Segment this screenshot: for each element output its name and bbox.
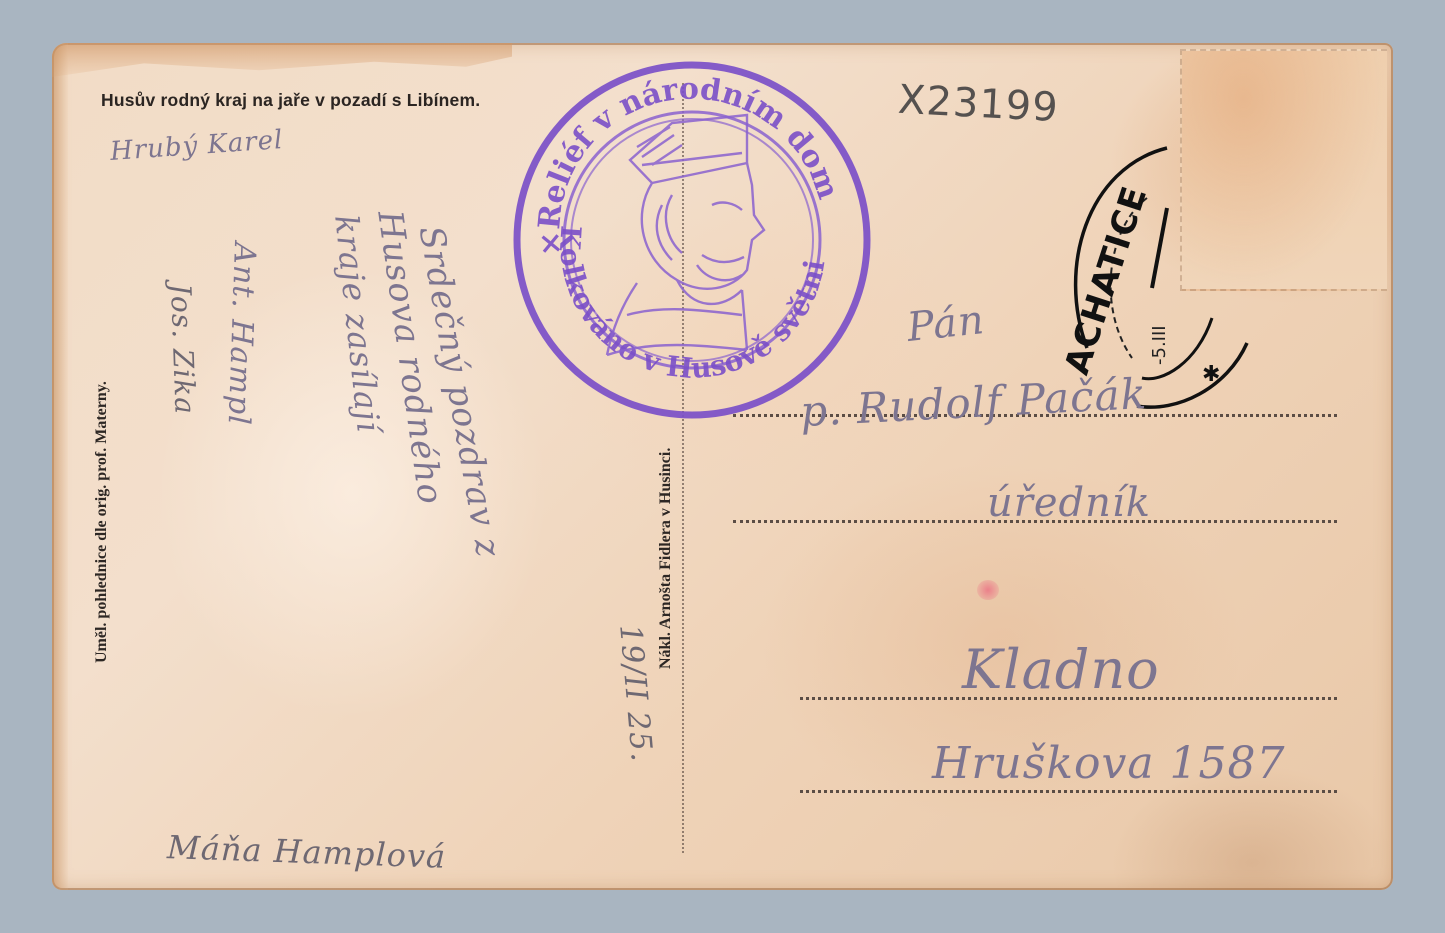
catalog-number: X23199: [897, 77, 1060, 131]
portrait-jan-hus-icon: [607, 115, 764, 355]
signature-4: Jos. Zika: [164, 283, 202, 415]
artist-credit: Uměl. pohlednice dle orig. prof. Materny…: [93, 381, 111, 663]
commemorative-seal: ×Reliéf v národním domku Kolkováno v Hus…: [502, 65, 882, 415]
address-occupation: úředník: [987, 480, 1151, 526]
worn-edge-left: [52, 43, 68, 890]
signature-2: Ant. Hampl: [221, 242, 262, 427]
message-date: 19/II 25.: [612, 623, 659, 764]
signature-3: Hrubý Karel: [109, 125, 284, 167]
asterisk-icon: ✱: [1202, 361, 1220, 387]
worn-edge-top: [52, 43, 512, 77]
publisher-credit: Nákl. Arnošta Fidlera v Husinci.: [657, 448, 675, 669]
postmark-date: -5.III: [1149, 325, 1170, 365]
address-city: Kladno: [962, 638, 1160, 701]
address-street: Hruškova 1587: [932, 738, 1286, 789]
ink-spot: [977, 580, 999, 600]
address-salutation: Pán: [905, 297, 987, 351]
address-line-4: [800, 790, 1337, 793]
signature-1: Máňa Hamplová: [166, 828, 446, 876]
postcard-caption: Husův rodný kraj na jaře v pozadí s Libí…: [101, 90, 480, 111]
postcard: Husův rodný kraj na jaře v pozadí s Libí…: [52, 43, 1393, 890]
